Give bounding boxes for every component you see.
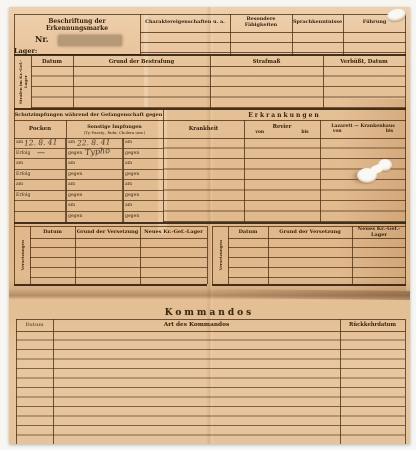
cell: am <box>123 201 163 211</box>
cell: am <box>14 159 66 169</box>
erkrankungen-header-lazarett: Lazarett — Krankenhaus vonbis <box>320 120 406 138</box>
cell: gegen <box>123 149 163 159</box>
impfung-row: Erfolggegengegen <box>14 191 163 202</box>
top-rule <box>14 14 406 15</box>
strafen-header-strafmass: Strafmaß <box>210 57 323 66</box>
versetzungen-left-header-datum: Datum <box>30 227 75 237</box>
cell: am <box>66 159 123 169</box>
impfung-row: amamam <box>14 180 163 191</box>
versetzungen-right-header-datum: Datum <box>228 227 268 237</box>
cell: am <box>123 159 163 169</box>
versetzungen-right-header-neues: Neues Kr.-Gef.-Lager <box>352 227 406 237</box>
kommandos-empty-rows <box>16 331 405 444</box>
strafen-header-grund: Grund der Bestrafung <box>73 57 210 66</box>
section-divider-thick-3 <box>14 222 406 224</box>
erkrankungen-header-krankheit: Krankheit <box>163 120 244 138</box>
erkrankungen-header-revier: Revier vonbis <box>244 120 320 138</box>
strafen-side-label-cell: Strafen im Kr.-Gef.-Lager <box>14 56 31 108</box>
strafen-side-label: Strafen im Kr.-Gef.-Lager <box>18 56 28 108</box>
cell: gegen <box>123 170 163 180</box>
cell: gegen <box>66 170 123 180</box>
cell <box>14 201 66 211</box>
kommandos-divider-2 <box>340 319 341 444</box>
v-left-d3 <box>207 226 208 284</box>
scanned-document: Beschriftung der Erkennungsmarke Nr. Lag… <box>0 0 416 450</box>
pow-record-card: Beschriftung der Erkennungsmarke Nr. Lag… <box>9 7 410 444</box>
impfungen-header-sonstige: Sonstige Impfungen (Ty.-Paraty., Ruhr, C… <box>66 120 163 138</box>
versetzungen-side-label: Versetzungen <box>218 240 223 270</box>
cell: gegen <box>123 191 163 201</box>
cell <box>14 212 66 223</box>
kommandos-header-rueckkehr: Rückkehrdatum <box>340 320 405 330</box>
cell: gegen <box>66 191 123 201</box>
impfungen-header-sonstige-line2: (Ty.-Paraty., Ruhr, Cholera usw.) <box>84 130 145 135</box>
strafen-empty-rows <box>31 66 406 108</box>
cell: am <box>66 201 123 211</box>
erkrankungen-title: Erkrankungen <box>163 110 406 120</box>
cell: Erfolg <box>14 170 66 180</box>
lazarett-von-label: von <box>333 129 342 134</box>
top-row-line-2 <box>140 42 406 43</box>
revier-von-label: von <box>255 130 264 135</box>
cell: gegen <box>66 212 123 223</box>
top-column-sprachkenntnisse: Sprachkenntnisse <box>293 16 342 28</box>
versetzungen-side-label: Versetzungen <box>20 240 25 270</box>
impfung-row: amam <box>14 201 163 212</box>
cell: am <box>66 180 123 190</box>
tag-inscription-label: Beschriftung der Erkennungsmarke <box>17 18 137 32</box>
top-row-line-3 <box>140 52 406 53</box>
revier-bis-label: bis <box>301 130 308 135</box>
versetzungen-left-side-label-cell: Versetzungen <box>14 226 30 284</box>
handwriting-erfolg-dash: — <box>37 148 45 157</box>
kommandos-header-art: Art des Kommandos <box>53 320 340 330</box>
top-column-charaktereigenschaften: Charaktereigenschaften u. a. <box>141 16 229 28</box>
kommandos-header-datum: Datum <box>16 320 53 330</box>
strafen-header-verbuesst: Verbüßt, Datum <box>323 57 405 66</box>
cell: am <box>123 138 163 148</box>
strafen-header-datum: Datum <box>31 57 73 66</box>
lazarett-bis-label: bis <box>386 129 393 134</box>
kommandos-outer-right <box>405 319 406 444</box>
cell: am <box>14 180 66 190</box>
versetzungen-right-header-grund: Grund der Versetzung <box>268 227 352 237</box>
impfung-row: Erfolggegengegen <box>14 170 163 181</box>
cell: am <box>123 180 163 190</box>
kommandos-title: Kommandos <box>9 307 410 318</box>
versetzungen-left-rows <box>30 238 207 284</box>
redacted-number <box>58 35 122 46</box>
v-right-d0 <box>212 226 213 284</box>
impfung-row: amamam <box>14 159 163 170</box>
cell: Erfolg <box>14 191 66 201</box>
v-right-bottom <box>212 284 406 286</box>
impfungen-header-pocken: Pocken <box>14 120 66 138</box>
versetzungen-left-header-grund: Grund der Versetzung <box>75 227 140 237</box>
handwriting-pocken-date: 12. 8. 41 <box>24 137 58 147</box>
kommandos-divider-1 <box>53 319 54 444</box>
versetzungen-left-header-neues: Neues Kr.-Gef.-Lager <box>140 227 207 237</box>
kommandos-outer-left <box>16 319 17 444</box>
impfungen-title: Schutzimpfungen während der Gefangenscha… <box>14 110 163 120</box>
top-column-faehigkeiten: Besondere Fähigkeiten <box>231 16 291 28</box>
versetzungen-right-rows <box>228 238 406 284</box>
v-left-bottom <box>14 284 207 286</box>
impfung-row: gegengegen <box>14 212 163 223</box>
top-row-line-1 <box>140 32 406 33</box>
nr-label: Nr. <box>35 34 49 44</box>
versetzungen-right-side-label-cell: Versetzungen <box>212 226 228 284</box>
cell: gegen <box>123 212 163 223</box>
